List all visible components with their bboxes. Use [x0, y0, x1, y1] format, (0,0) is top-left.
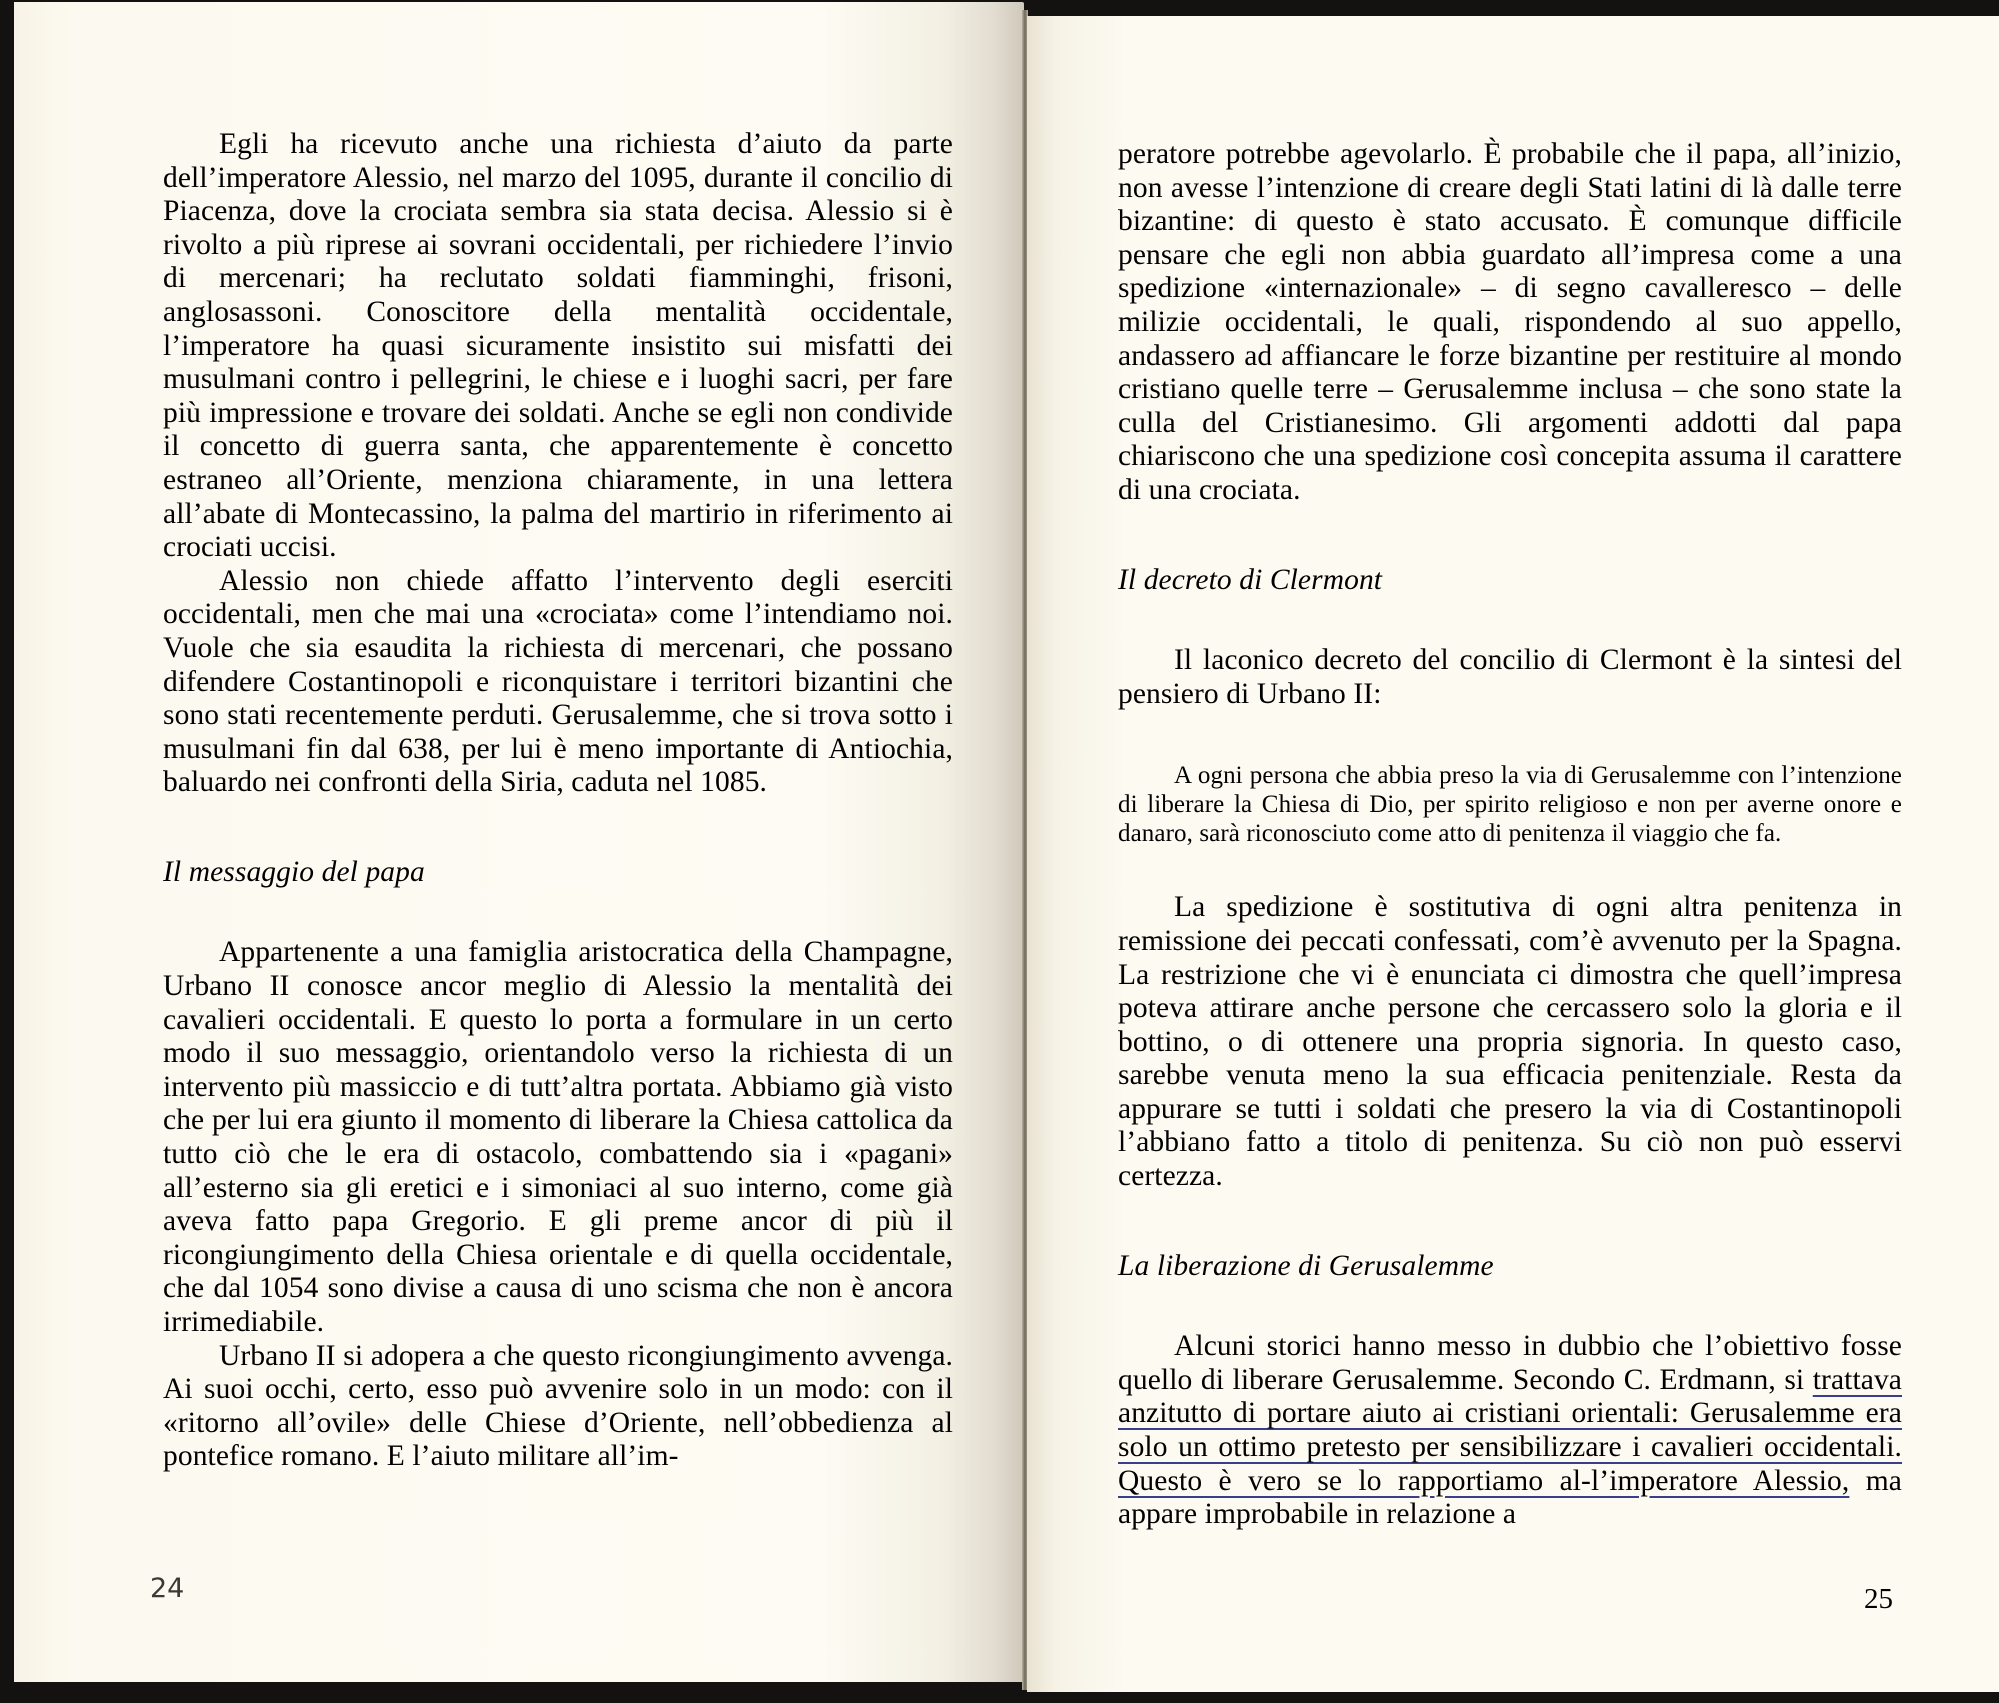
page-number-right: 25	[1864, 1583, 1893, 1616]
paragraph: Il laconico decreto del concilio di Cler…	[1118, 644, 1902, 711]
section-heading: La liberazione di Gerusalemme	[1118, 1250, 1902, 1284]
section-heading: Il decreto di Clermont	[1118, 564, 1902, 598]
paragraph: Appartenente a una famiglia aristocratic…	[163, 936, 953, 1339]
block-quote: A ogni persona che abbia preso la via di…	[1118, 761, 1902, 848]
right-page-text: peratore potrebbe agevolarlo. È probabil…	[1118, 138, 1902, 1532]
paragraph: Alcuni storici hanno messo in dubbio che…	[1118, 1330, 1902, 1532]
page-number-left: 24	[150, 1573, 184, 1604]
paragraph-continuation: peratore potrebbe agevolarlo. È probabil…	[1118, 138, 1902, 508]
book-spread: Egli ha ricevuto anche una richiesta d’a…	[0, 0, 1999, 1703]
paragraph: La spedizione è sostitutiva di ogni altr…	[1118, 891, 1902, 1193]
paragraph: Egli ha ricevuto anche una richiesta d’a…	[163, 128, 953, 565]
paragraph: Alessio non chiede affatto l’intervento …	[163, 565, 953, 800]
left-page-text: Egli ha ricevuto anche una richiesta d’a…	[163, 128, 953, 1474]
section-heading: Il messaggio del papa	[163, 856, 953, 890]
paragraph-text: Alcuni storici hanno messo in dubbio che…	[1118, 1330, 1902, 1396]
paragraph: Urbano II si adopera a che questo ricong…	[163, 1340, 953, 1474]
